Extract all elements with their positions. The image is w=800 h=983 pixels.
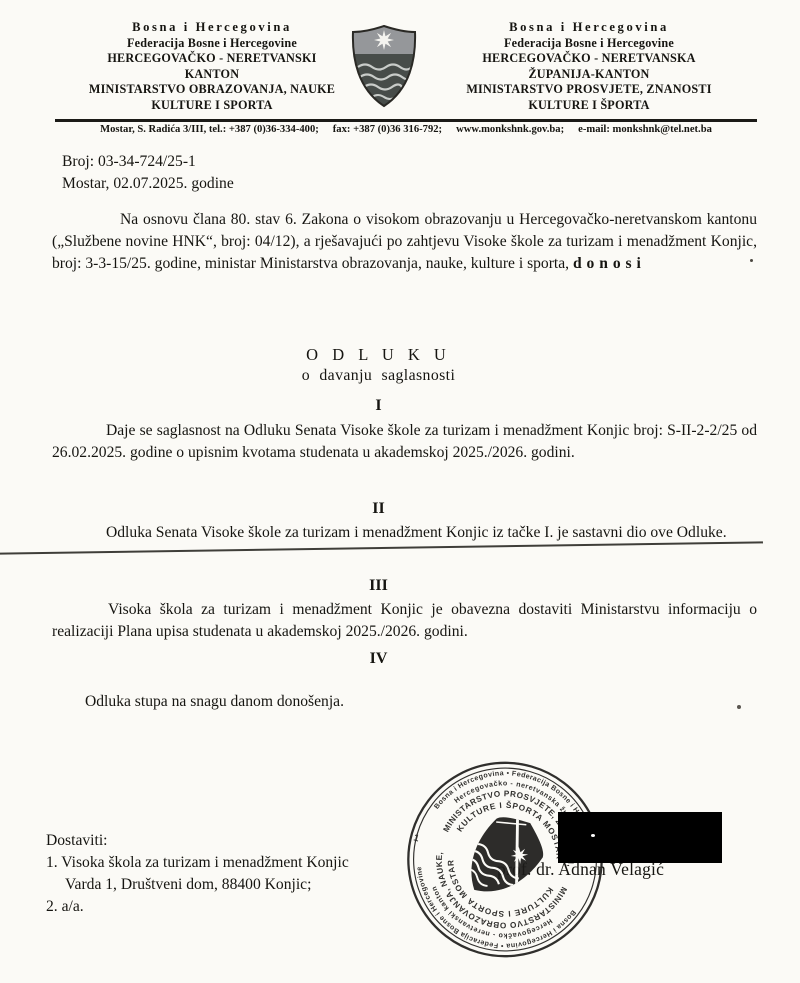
contact-web: www.monkshnk.gov.ba; [449, 124, 571, 135]
distribution-list: Dostaviti: 1. Visoka škola za turizam i … [46, 830, 349, 918]
country-name: Bosna i Hercegovina [428, 20, 750, 36]
preamble-paragraph: Na osnovu člana 80. stav 6. Zakona o vis… [52, 209, 757, 275]
distribution-item-2: 2. a/a. [46, 896, 349, 918]
county-name-line2: ŽUPANIJA-KANTON [428, 67, 750, 83]
canton-name-line1: HERCEGOVAČKO - NERETVANSKI [56, 51, 368, 67]
country-name: Bosna i Hercegovina [56, 20, 368, 36]
canton-name-line2: KANTON [56, 67, 368, 83]
title-main: O D L U K U [0, 345, 757, 365]
scan-artifact-dot [737, 705, 741, 709]
preamble-emphasis: d o n o s i [573, 255, 641, 272]
stamp-serial-number: 1 [412, 832, 421, 844]
ministry-name-line2: KULTURE I SPORTA [56, 98, 368, 114]
article-1-text: Daje se saglasnost na Odluku Senata Viso… [52, 420, 757, 464]
redaction-box [558, 812, 722, 863]
contact-email: e-mail: monkshnk@tel.net.ba [571, 124, 719, 135]
article-4-text: Odluka stupa na snagu danom donošenja. [85, 693, 344, 711]
distribution-item-1: 1. Visoka škola za turizam i menadžment … [46, 852, 349, 874]
title-subtitle: o davanju saglasnosti [0, 367, 757, 385]
header-left-authority: Bosna i Hercegovina Federacija Bosne i H… [56, 20, 368, 113]
protocol-number: Broj: 03-34-724/25-1 [62, 151, 234, 173]
coat-of-arms-icon [346, 23, 422, 114]
preamble-text: Na osnovu člana 80. stav 6. Zakona o vis… [52, 211, 757, 272]
ministry-name-line2: KULTURE I ŠPORTA [428, 98, 750, 114]
contact-address-tel: Mostar, S. Radića 3/III, tel.: +387 (0)3… [93, 124, 326, 135]
federation-name: Federacija Bosne i Hercegovine [56, 36, 368, 52]
contact-line: Mostar, S. Radića 3/III, tel.: +387 (0)3… [55, 124, 757, 135]
article-4-numeral: IV [0, 650, 757, 668]
header-divider-rule [55, 119, 757, 122]
ministry-name-line1: MINISTARSTVO OBRAZOVANJA, NAUKE [56, 82, 368, 98]
reference-block: Broj: 03-34-724/25-1 Mostar, 02.07.2025.… [62, 151, 234, 194]
contact-fax: fax: +387 (0)36 316-792; [326, 124, 449, 135]
header-right-authority: Bosna i Hercegovina Federacija Bosne i H… [428, 20, 750, 113]
distribution-item-1-address: Varda 1, Društveni dom, 88400 Konjic; [46, 874, 349, 896]
redaction-scan-speck [591, 834, 595, 837]
article-3-numeral: III [0, 577, 757, 595]
distribution-label: Dostaviti: [46, 830, 349, 852]
article-3-text: Visoka škola za turizam i menadžment Kon… [52, 599, 757, 643]
article-2-text: Odluka Senata Visoke škole za turizam i … [52, 522, 757, 544]
place-and-date: Mostar, 02.07.2025. godine [62, 173, 234, 195]
scan-artifact-dot [750, 259, 753, 262]
federation-name: Federacija Bosne i Hercegovine [428, 36, 750, 52]
article-1-numeral: I [0, 397, 757, 415]
county-name-line1: HERCEGOVAČKO - NERETVANSKA [428, 51, 750, 67]
ministry-name-line1: MINISTARSTVO PROSVJETE, ZNANOSTI [428, 82, 750, 98]
decision-title: O D L U K U o davanju saglasnosti [0, 345, 757, 385]
article-2-numeral: II [0, 500, 757, 518]
